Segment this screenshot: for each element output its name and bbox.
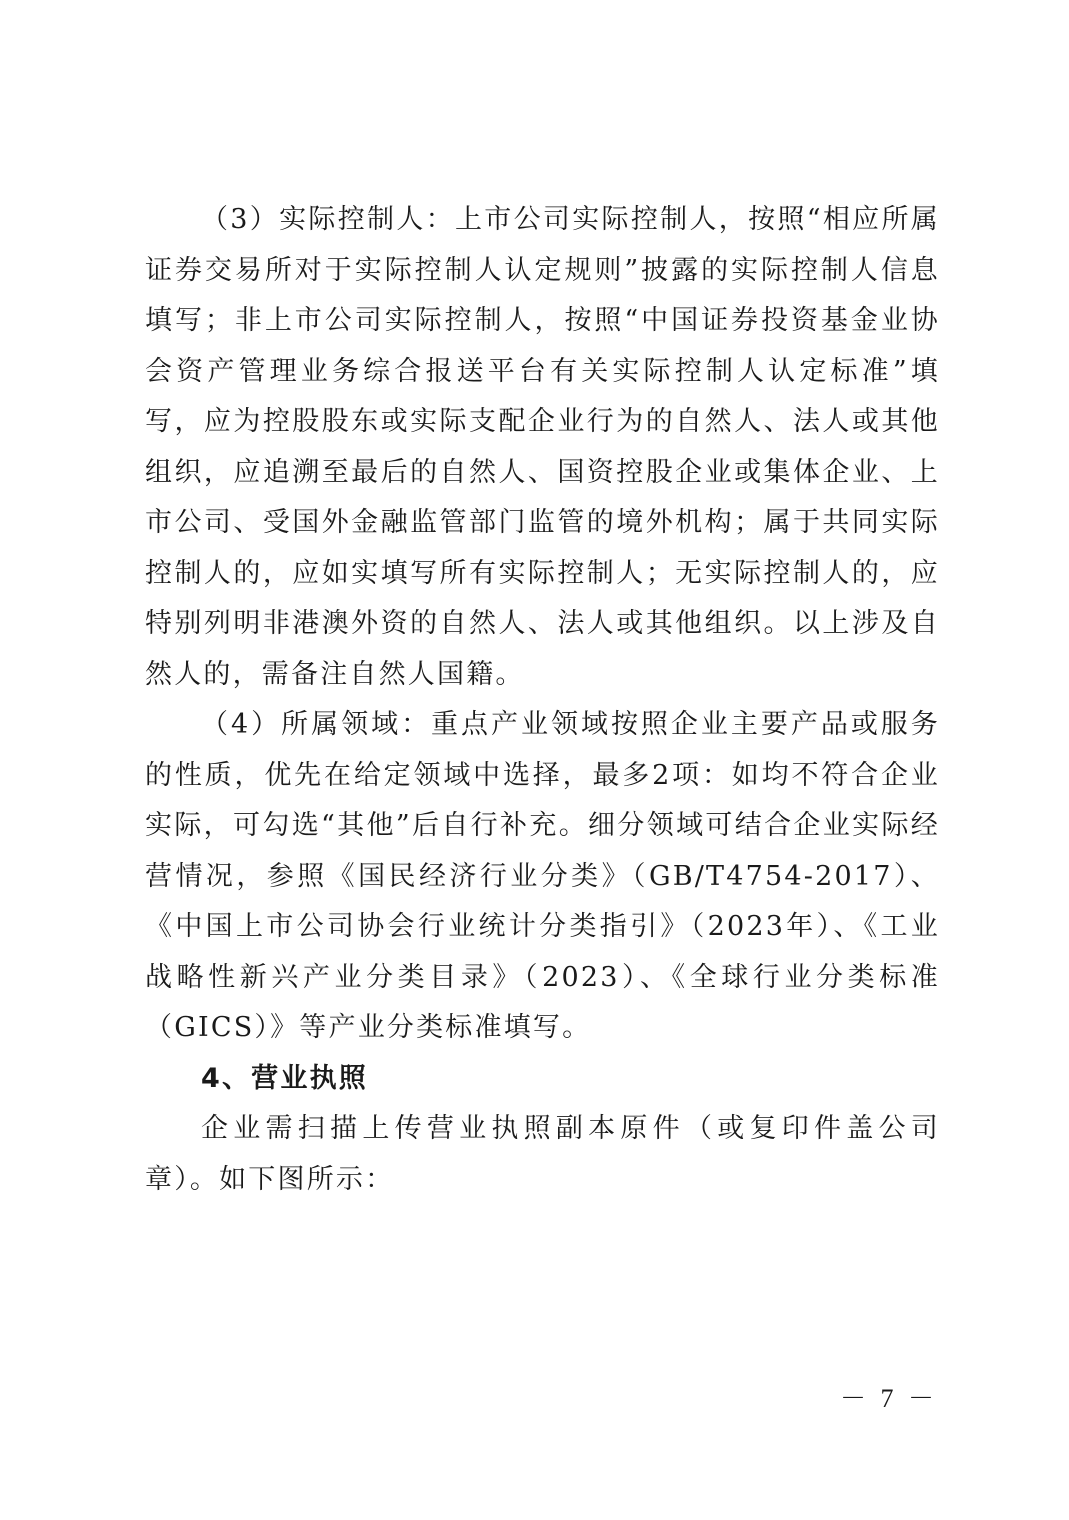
paragraph-actual-controller: （3）实际控制人：上市公司实际控制人，按照“相应所属证券交易所对于实际控制人认定… xyxy=(145,195,940,700)
section-heading-business-license: 4、营业执照 xyxy=(145,1054,940,1105)
document-body: （3）实际控制人：上市公司实际控制人，按照“相应所属证券交易所对于实际控制人认定… xyxy=(145,195,940,1205)
page-number: － 7 － xyxy=(840,1378,938,1415)
paragraph-industry-field: （4）所属领域：重点产业领域按照企业主要产品或服务的性质，优先在给定领域中选择，… xyxy=(145,700,940,1054)
document-page: （3）实际控制人：上市公司实际控制人，按照“相应所属证券交易所对于实际控制人认定… xyxy=(0,0,1069,1520)
paragraph-business-license: 企业需扫描上传营业执照副本原件（或复印件盖公司章）。如下图所示： xyxy=(145,1104,940,1205)
